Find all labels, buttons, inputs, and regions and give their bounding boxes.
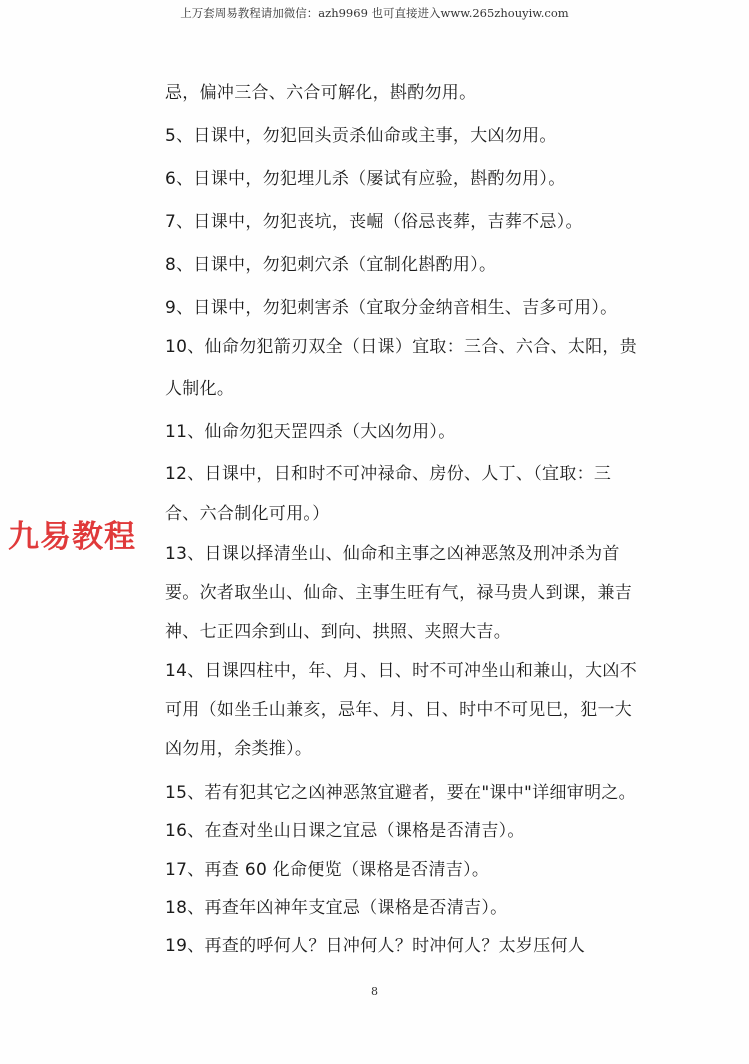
text-line: 15、若有犯其它之凶神恶煞宜避者，要在"课中"详细审明之。 [165, 782, 636, 804]
document-page: 上万套周易教程请加微信：azh9969 也可直接进入www.265zhouyiw… [0, 0, 749, 1064]
header-watermark: 上万套周易教程请加微信：azh9969 也可直接进入www.265zhouyiw… [0, 5, 749, 21]
text-line: 18、再查年凶神年支宜忌（课格是否清吉）。 [165, 897, 507, 919]
page-number: 8 [0, 985, 749, 998]
text-line: 7、日课中，勿犯丧坑，丧崛（俗忌丧葬，吉葬不忌）。 [165, 211, 583, 233]
text-line: 凶勿用，余类推）。 [165, 738, 312, 760]
text-line: 11、仙命勿犯天罡四杀（大凶勿用）。 [165, 421, 456, 443]
text-line: 要。次者取坐山、仙命、主事生旺有气，禄马贵人到课，兼吉 [165, 582, 632, 604]
text-line: 可用（如坐壬山兼亥，忌年、月、日、时中不可见巳，犯一大 [165, 699, 632, 721]
text-line: 17、再查 60 化命便览（课格是否清吉）。 [165, 859, 489, 881]
text-line: 13、日课以择清坐山、仙命和主事之凶神恶煞及刑冲杀为首 [165, 543, 620, 565]
text-line: 合、六合制化可用。） [165, 503, 330, 525]
logo-watermark: 九易教程 [8, 511, 136, 556]
text-line: 忌，偏冲三合、六合可解化，斟酌勿用。 [165, 82, 476, 104]
text-line: 5、日课中，勿犯回头贡杀仙命或主事，大凶勿用。 [165, 125, 557, 147]
text-line: 16、在查对坐山日课之宜忌（课格是否清吉）。 [165, 820, 525, 842]
text-line: 19、再查的呼何人？日冲何人？时冲何人？太岁压何人 [165, 935, 585, 957]
text-line: 8、日课中，勿犯刺穴杀（宜制化斟酌用）。 [165, 254, 496, 276]
text-line: 神、七正四余到山、到向、拱照、夹照大吉。 [165, 621, 511, 643]
text-line: 9、日课中，勿犯刺害杀（宜取分金纳音相生、吉多可用）。 [165, 297, 617, 319]
text-line: 10、仙命勿犯箭刃双全（日课）宜取：三合、六合、太阳，贵 [165, 336, 637, 358]
text-line: 6、日课中，勿犯埋儿杀（屡试有应验，斟酌勿用）。 [165, 168, 566, 190]
text-line: 人制化。 [165, 378, 234, 400]
text-line: 12、日课中，日和时不可冲禄命、房份、人丁、（宜取：三 [165, 463, 611, 485]
text-line: 14、日课四柱中，年、月、日、时不可冲坐山和兼山，大凶不 [165, 660, 637, 682]
